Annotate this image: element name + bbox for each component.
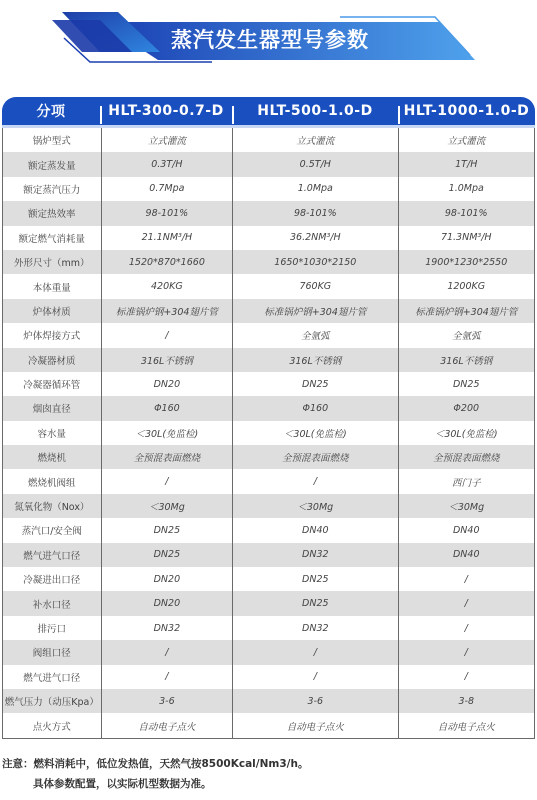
row-label: 燃气进气口径 xyxy=(3,543,101,567)
table-row: 排污口DN32DN32/ xyxy=(3,616,534,640)
row-value: Φ160 xyxy=(232,396,397,420)
table-header: 分项 HLT-300-0.7-D HLT-500-1.0-D HLT-1000-… xyxy=(2,97,535,128)
row-value: 全氩弧 xyxy=(398,323,534,347)
row-value: DN40 xyxy=(232,518,397,542)
row-value: 立式灌流 xyxy=(101,128,233,152)
row-label: 冷凝进出口径 xyxy=(3,567,101,591)
row-label: 补水口径 xyxy=(3,591,101,615)
header-model-300: HLT-300-0.7-D xyxy=(100,103,232,119)
row-value: 760KG xyxy=(232,274,397,298)
table-row: 阀组口径/// xyxy=(3,640,534,664)
row-label: 燃烧机阀组 xyxy=(3,469,101,493)
table-row: 容水量＜30L(免监检)＜30L(免监检)＜30L(免监检) xyxy=(3,421,534,445)
row-value: 0.5T/H xyxy=(232,152,397,176)
title-banner: 蒸汽发生器型号参数 xyxy=(0,0,537,80)
row-value: 1650*1030*2150 xyxy=(232,250,397,274)
table-row: 额定蒸汽压力0.7Mpa1.0Mpa1.0Mpa xyxy=(3,177,534,201)
row-value: DN25 xyxy=(101,543,233,567)
note-line-2: 具体参数配置，以实际机型数据为准。 xyxy=(2,774,308,794)
table-row: 烟囱直径Φ160Φ160Φ200 xyxy=(3,396,534,420)
row-value: 0.7Mpa xyxy=(101,177,233,201)
row-value: 1900*1230*2550 xyxy=(398,250,534,274)
row-value: / xyxy=(232,640,397,664)
row-value: 316L不锈钢 xyxy=(232,348,397,372)
row-value: DN25 xyxy=(232,567,397,591)
row-value: 全预混表面燃烧 xyxy=(398,445,534,469)
row-value: Φ200 xyxy=(398,396,534,420)
row-value: 1.0Mpa xyxy=(398,177,534,201)
row-value: 全预混表面燃烧 xyxy=(232,445,397,469)
row-label: 蒸汽口/安全阀 xyxy=(3,518,101,542)
row-label: 锅炉型式 xyxy=(3,128,101,152)
table-row: 点火方式自动电子点火自动电子点火自动电子点火 xyxy=(3,713,534,737)
row-label: 额定燃气消耗量 xyxy=(3,226,101,250)
row-label: 排污口 xyxy=(3,616,101,640)
table-row: 额定燃气消耗量21.1NM³/H36.2NM³/H71.3NM³/H xyxy=(3,226,534,250)
table-row: 额定蒸发量0.3T/H0.5T/H1T/H xyxy=(3,152,534,176)
table-row: 燃气进气口径/// xyxy=(3,665,534,689)
row-value: 1200KG xyxy=(398,274,534,298)
row-value: 立式灌流 xyxy=(398,128,534,152)
row-value: DN32 xyxy=(232,543,397,567)
row-value: 立式灌流 xyxy=(232,128,397,152)
row-value: 自动电子点火 xyxy=(232,713,397,737)
row-value: 1T/H xyxy=(398,152,534,176)
row-value: 标准锅炉钢+304翅片管 xyxy=(232,299,397,323)
row-label: 容水量 xyxy=(3,421,101,445)
row-label: 额定蒸发量 xyxy=(3,152,101,176)
page-title: 蒸汽发生器型号参数 xyxy=(150,24,390,54)
spec-table: 分项 HLT-300-0.7-D HLT-500-1.0-D HLT-1000-… xyxy=(2,97,535,739)
row-label: 烟囱直径 xyxy=(3,396,101,420)
row-value: ＜30L(免监检) xyxy=(232,421,397,445)
table-row: 燃气压力（动压Kpa）3-63-63-8 xyxy=(3,689,534,713)
row-value: 3-8 xyxy=(398,689,534,713)
row-value: 标准锅炉钢+304翅片管 xyxy=(398,299,534,323)
row-value: / xyxy=(398,665,534,689)
table-row: 炉体材质标准锅炉钢+304翅片管标准锅炉钢+304翅片管标准锅炉钢+304翅片管 xyxy=(3,299,534,323)
row-label: 本体重量 xyxy=(3,274,101,298)
row-value: 1520*870*1660 xyxy=(101,250,233,274)
row-value: 标准锅炉钢+304翅片管 xyxy=(101,299,233,323)
row-label: 点火方式 xyxy=(3,713,101,737)
row-value: 71.3NM³/H xyxy=(398,226,534,250)
table-row: 锅炉型式立式灌流立式灌流立式灌流 xyxy=(3,128,534,152)
table-body: 锅炉型式立式灌流立式灌流立式灌流额定蒸发量0.3T/H0.5T/H1T/H额定蒸… xyxy=(2,128,535,739)
row-value: / xyxy=(398,591,534,615)
row-label: 炉体焊接方式 xyxy=(3,323,101,347)
table-row: 氮氧化物（Nox）＜30Mg＜30Mg＜30Mg xyxy=(3,494,534,518)
row-label: 燃烧机 xyxy=(3,445,101,469)
row-value: DN25 xyxy=(101,518,233,542)
row-value: 98-101% xyxy=(398,201,534,225)
table-row: 蒸汽口/安全阀DN25DN40DN40 xyxy=(3,518,534,542)
row-value: DN40 xyxy=(398,543,534,567)
row-label: 额定热效率 xyxy=(3,201,101,225)
row-value: DN20 xyxy=(101,567,233,591)
table-row: 本体重量420KG760KG1200KG xyxy=(3,274,534,298)
row-value: DN25 xyxy=(232,591,397,615)
row-label: 氮氧化物（Nox） xyxy=(3,494,101,518)
row-value: DN32 xyxy=(101,616,233,640)
row-value: DN25 xyxy=(398,372,534,396)
header-model-1000: HLT-1000-1.0-D xyxy=(398,103,535,119)
row-label: 炉体材质 xyxy=(3,299,101,323)
row-value: 98-101% xyxy=(232,201,397,225)
row-value: 自动电子点火 xyxy=(398,713,534,737)
table-row: 冷凝进出口径DN20DN25/ xyxy=(3,567,534,591)
row-value: 0.3T/H xyxy=(101,152,233,176)
row-value: 36.2NM³/H xyxy=(232,226,397,250)
row-value: ＜30Mg xyxy=(232,494,397,518)
row-value: ＜30L(免监检) xyxy=(101,421,233,445)
row-value: 21.1NM³/H xyxy=(101,226,233,250)
row-label: 冷凝器循环管 xyxy=(3,372,101,396)
row-value: 自动电子点火 xyxy=(101,713,233,737)
table-row: 炉体焊接方式/全氩弧全氩弧 xyxy=(3,323,534,347)
row-value: / xyxy=(101,640,233,664)
row-value: ＜30L(免监检) xyxy=(398,421,534,445)
row-label: 燃气进气口径 xyxy=(3,665,101,689)
row-value: / xyxy=(398,616,534,640)
table-row: 燃烧机阀组//西门子 xyxy=(3,469,534,493)
table-row: 额定热效率98-101%98-101%98-101% xyxy=(3,201,534,225)
row-value: / xyxy=(101,323,233,347)
header-model-500: HLT-500-1.0-D xyxy=(232,103,398,119)
row-value: / xyxy=(232,469,397,493)
row-label: 阀组口径 xyxy=(3,640,101,664)
table-row: 燃气进气口径DN25DN32DN40 xyxy=(3,543,534,567)
table-row: 燃烧机全预混表面燃烧全预混表面燃烧全预混表面燃烧 xyxy=(3,445,534,469)
table-row: 外形尺寸（mm）1520*870*16601650*1030*21501900*… xyxy=(3,250,534,274)
row-value: DN20 xyxy=(101,591,233,615)
row-value: ＜30Mg xyxy=(101,494,233,518)
row-value: 西门子 xyxy=(398,469,534,493)
row-value: DN20 xyxy=(101,372,233,396)
row-label: 外形尺寸（mm） xyxy=(3,250,101,274)
table-row: 冷凝器循环管DN20DN25DN25 xyxy=(3,372,534,396)
row-label: 燃气压力（动压Kpa） xyxy=(3,689,101,713)
row-value: / xyxy=(398,640,534,664)
row-label: 冷凝器材质 xyxy=(3,348,101,372)
row-value: 98-101% xyxy=(101,201,233,225)
row-value: Φ160 xyxy=(101,396,233,420)
row-value: 420KG xyxy=(101,274,233,298)
row-value: / xyxy=(232,665,397,689)
row-value: 全预混表面燃烧 xyxy=(101,445,233,469)
row-value: ＜30Mg xyxy=(398,494,534,518)
row-value: 3-6 xyxy=(101,689,233,713)
row-value: / xyxy=(101,665,233,689)
row-value: 全氩弧 xyxy=(232,323,397,347)
row-value: DN32 xyxy=(232,616,397,640)
header-item: 分项 xyxy=(2,101,100,121)
row-value: 316L不锈钢 xyxy=(398,348,534,372)
row-value: 3-6 xyxy=(232,689,397,713)
row-value: DN40 xyxy=(398,518,534,542)
row-value: / xyxy=(101,469,233,493)
row-value: 316L不锈钢 xyxy=(101,348,233,372)
row-value: 1.0Mpa xyxy=(232,177,397,201)
row-label: 额定蒸汽压力 xyxy=(3,177,101,201)
note-line-1: 注意：燃料消耗中，低位发热值，天然气按8500Kcal/Nm3/h。 xyxy=(2,754,308,774)
table-row: 补水口径DN20DN25/ xyxy=(3,591,534,615)
table-row: 冷凝器材质316L不锈钢316L不锈钢316L不锈钢 xyxy=(3,348,534,372)
row-value: / xyxy=(398,567,534,591)
footnote: 注意：燃料消耗中，低位发热值，天然气按8500Kcal/Nm3/h。 具体参数配… xyxy=(2,754,308,794)
row-value: DN25 xyxy=(232,372,397,396)
